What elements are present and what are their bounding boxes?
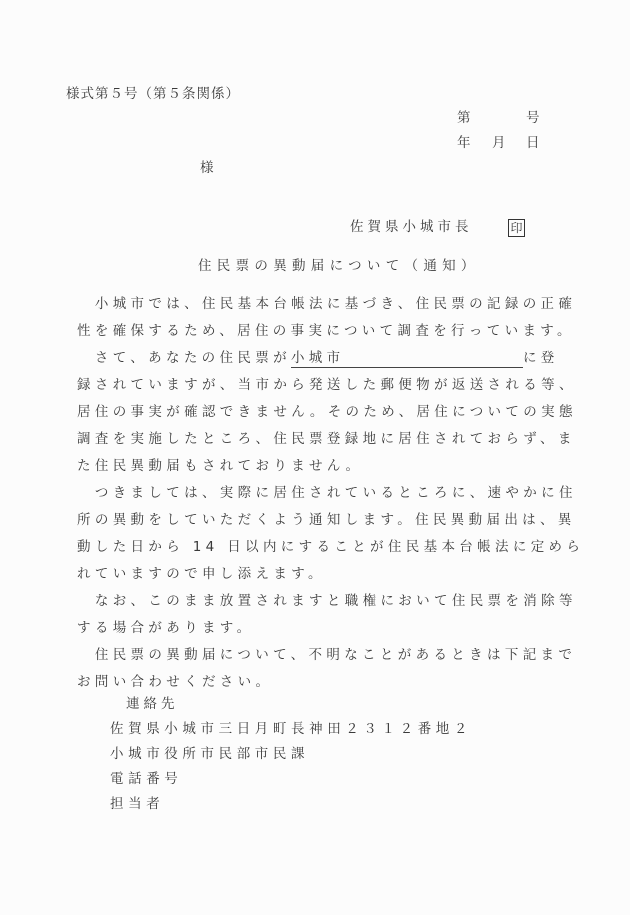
document-number: 第 号 [457,112,547,126]
body-line: 動した日から 14 日以内にすることが住民基本台帳法に定めら [77,541,584,555]
body-line: 調査を実施したところ、住民票登録地に居住されておらず、ま [77,433,576,447]
body-line: 録されていますが、当市から発送した郵便物が返送される等、 [77,379,577,393]
document-page: { "header": { "form_number": "様式第５号（第５条関… [0,0,630,915]
body-line: 住民票の異動届について、不明なことがあるときは下記まで [77,649,576,663]
contact-address: 佐賀県小城市三日月町長神田２３１２番地２ [110,723,472,737]
contact-office: 小城市役所市民部市民課 [110,748,309,762]
body-line: れていますので申し添えます。 [77,568,326,582]
document-number-suffix: 号 [526,112,540,126]
contact-person-label: 担当者 [110,798,164,812]
body-line: する場合があります。 [77,622,254,636]
contact-phone-label: 電話番号 [110,773,182,787]
sender-name: 佐賀県小城市長 [350,221,473,235]
addressee-honorific: 様 [200,162,214,176]
body-line: お問い合わせください。 [77,676,273,690]
document-number-prefix: 第 [457,112,471,126]
body-line: 居住の事実が確認できません。そのため、居住についての実態 [77,406,577,420]
date-month: 月 [492,137,506,151]
body-line: 所の異動をしていただくよう通知します。住民異動届出は、異 [77,514,576,528]
body-line: 性を確保するため、居住の事実について調査を行っています。 [77,325,575,339]
contact-heading: 連絡先 [126,698,179,712]
document-date: 年 月 日 [457,137,547,151]
date-day: 日 [526,137,540,151]
body-line: た住民異動届もされておりません。 [77,460,363,474]
body-line: 小城市では、住民基本台帳法に基づき、住民票の記録の正確 [77,298,576,312]
body-line: なお、このまま放置されますと職権において住民票を消除等 [77,595,577,609]
body-line-text: さて、あなたの住民票が [77,350,291,366]
notice-title: 住民票の異動届について（通知） [198,260,480,274]
body-line-registered-address: さて、あなたの住民票が小城市に登 [77,352,559,368]
seal-icon: 印 [508,219,525,237]
date-year: 年 [457,137,471,151]
registered-address-field: 小城市 [291,352,523,368]
body-line: つきましては、実際に居住されているところに、速やかに住 [77,487,577,501]
form-number: 様式第５号（第５条関係） [66,88,240,102]
registered-address-suffix: に登 [523,350,559,366]
